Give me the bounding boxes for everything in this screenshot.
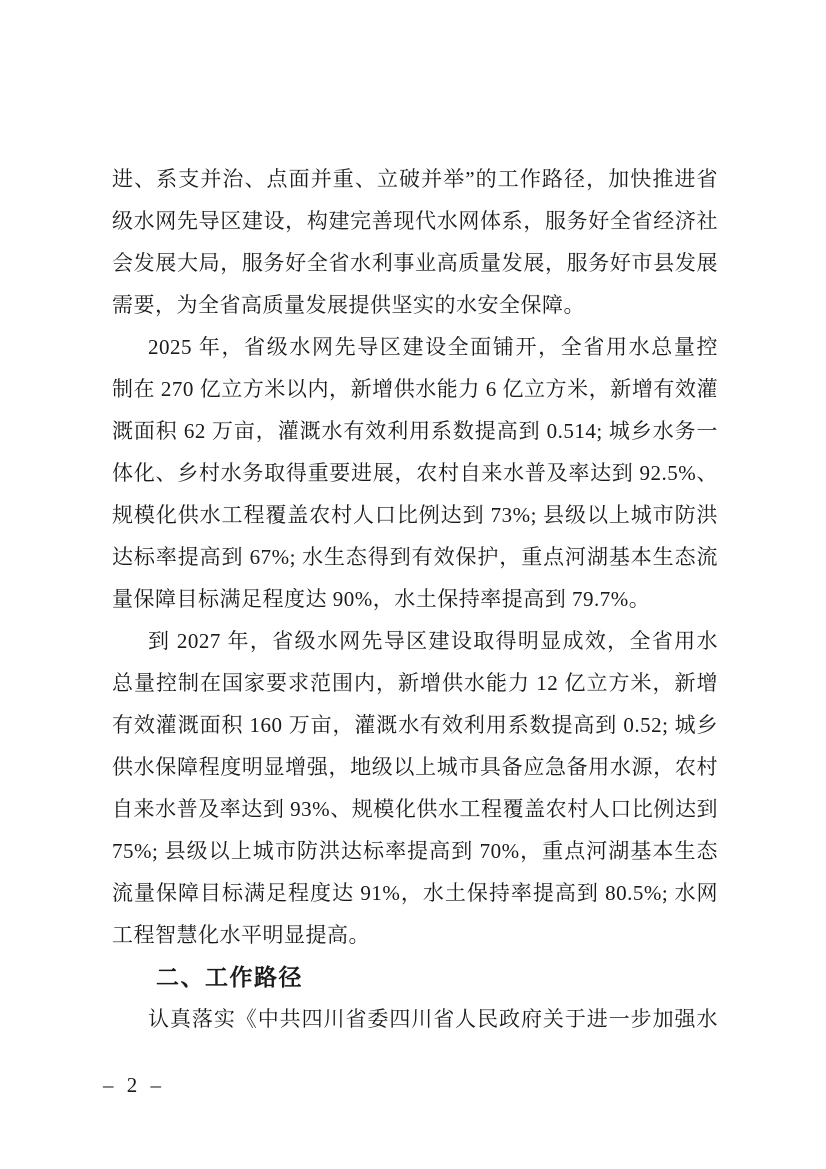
- paragraph: 进、系支并治、点面并重、立破并举”的工作路径，加快推进省级水网先导区建设，构建完…: [112, 158, 718, 326]
- document-page: 进、系支并治、点面并重、立破并举”的工作路径，加快推进省级水网先导区建设，构建完…: [0, 0, 826, 1169]
- text-line: 总量控制在国家要求范围内，新增供水能力 12 亿立方米，新增: [112, 662, 718, 704]
- text-line: 需要，为全省高质量发展提供坚实的水安全保障。: [112, 284, 718, 326]
- section-heading: 二、工作路径: [112, 956, 718, 998]
- text-line: 认真落实《中共四川省委四川省人民政府关于进一步加强水: [112, 998, 718, 1040]
- page-number: – 2 –: [103, 1070, 163, 1100]
- text-line: 会发展大局，服务好全省水利事业高质量发展，服务好市县发展: [112, 242, 718, 284]
- text-line: 体化、乡村水务取得重要进展，农村自来水普及率达到 92.5%、: [112, 452, 718, 494]
- heading-text-line: 二、工作路径: [112, 956, 718, 998]
- text-line: 溉面积 62 万亩，灌溉水有效利用系数提高到 0.514; 城乡水务一: [112, 410, 718, 452]
- document-body: 进、系支并治、点面并重、立破并举”的工作路径，加快推进省级水网先导区建设，构建完…: [112, 158, 718, 1040]
- text-line: 75%; 县级以上城市防洪达标率提高到 70%，重点河湖基本生态: [112, 830, 718, 872]
- text-line: 达标率提高到 67%; 水生态得到有效保护，重点河湖基本生态流: [112, 536, 718, 578]
- paragraph: 到 2027 年，省级水网先导区建设取得明显成效，全省用水总量控制在国家要求范围…: [112, 620, 718, 956]
- text-line: 量保障目标满足程度达 90%，水土保持率提高到 79.7%。: [112, 578, 718, 620]
- text-line: 2025 年，省级水网先导区建设全面铺开，全省用水总量控: [112, 326, 718, 368]
- text-line: 自来水普及率达到 93%、规模化供水工程覆盖农村人口比例达到: [112, 788, 718, 830]
- text-line: 供水保障程度明显增强，地级以上城市具备应急备用水源，农村: [112, 746, 718, 788]
- text-line: 流量保障目标满足程度达 91%，水土保持率提高到 80.5%; 水网: [112, 872, 718, 914]
- text-line: 级水网先导区建设，构建完善现代水网体系，服务好全省经济社: [112, 200, 718, 242]
- text-line: 进、系支并治、点面并重、立破并举”的工作路径，加快推进省: [112, 158, 718, 200]
- text-line: 工程智慧化水平明显提高。: [112, 914, 718, 956]
- paragraph: 2025 年，省级水网先导区建设全面铺开，全省用水总量控制在 270 亿立方米以…: [112, 326, 718, 620]
- text-line: 有效灌溉面积 160 万亩，灌溉水有效利用系数提高到 0.52; 城乡: [112, 704, 718, 746]
- text-line: 制在 270 亿立方米以内，新增供水能力 6 亿立方米，新增有效灌: [112, 368, 718, 410]
- paragraph: 认真落实《中共四川省委四川省人民政府关于进一步加强水: [112, 998, 718, 1040]
- text-line: 到 2027 年，省级水网先导区建设取得明显成效，全省用水: [112, 620, 718, 662]
- text-line: 规模化供水工程覆盖农村人口比例达到 73%; 县级以上城市防洪: [112, 494, 718, 536]
